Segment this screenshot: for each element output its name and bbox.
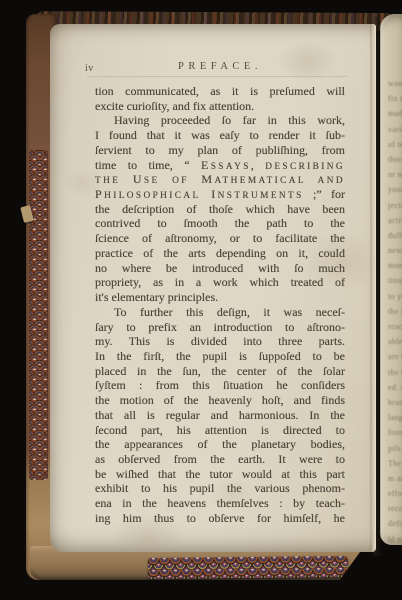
text-run: AND [318,176,345,186]
showthrough-line: to yo [388,289,402,304]
text-line: Having proceeded ſo far in this work, [95,113,345,128]
text-line: time to time, “ ESSAYS, DESCRIBING [95,158,345,173]
showthrough-line: dullne [388,228,402,243]
marbled-fore-edge [29,150,48,480]
showthrough-line: would [388,76,402,91]
text-line: the deſcription of thoſe which have been [95,202,345,217]
text-line: no where be introduced with ſo much [95,261,345,276]
showthrough-line: langu [388,410,402,425]
book-photograph: wouldfix themadevariouof teltherefor noy… [0,0,402,600]
showthrough-line: theref [388,152,402,167]
text-line: contrived to ſmooth the path to the [95,216,345,231]
text-line: that all is regular and harmonious. In t… [95,408,345,423]
text-line: my. This is divided into three parts. [95,334,345,349]
body-text: tion communicated, as it is preſumed wil… [95,84,345,526]
facing-page-showthrough-text: wouldfix themadevariouof teltherefor noy… [388,76,402,547]
showthrough-line: made [388,106,402,121]
text-line: propriety, as in a work which treated of [95,275,345,290]
showthrough-line: The [388,456,402,471]
showthrough-line: fix the [388,91,402,106]
text-run: OF [172,176,201,186]
text-run: SE [144,176,172,186]
text-run: DESCRIBING [265,162,345,172]
text-line: To further this deſign, it was neceſ- [95,305,345,320]
showthrough-line: the fo [388,365,402,380]
showthrough-line: pils h [388,441,402,456]
text-line: ſervient to my plan of publiſhing, from [95,143,345,158]
marbled-bottom-edge [148,556,348,579]
running-title: PREFACE. [95,61,345,72]
showthrough-line: young [388,182,402,197]
text-line: In the firſt, the pupil is ſuppoſed to b… [95,349,345,364]
text-run: ATHEMATICAL [214,176,317,186]
showthrough-line: are fo [388,349,402,364]
text-run: time to time, “ [95,158,201,172]
showthrough-line: effor [388,486,402,501]
text-line: as obſerved from the earth. It were to [95,452,345,467]
showthrough-line: or no [388,167,402,182]
showthrough-line: defini [388,516,402,531]
preface-page: iv PREFACE. tion communicated, as it is … [50,24,376,552]
text-line: ſary to prefix an introduction to aſtron… [95,320,345,335]
text-run: E [201,158,211,172]
text-run: M [201,172,214,186]
text-line: ſcience of aſtronomy, or to facilitate t… [95,231,345,246]
showthrough-line: ed. A [388,380,402,395]
text-line: tion communicated, as it is preſumed wil… [95,84,345,99]
showthrough-line: m an [388,471,402,486]
text-run: ;” for [304,187,345,201]
text-line: PHILOSOPHICAL INSTRUMENTS ;” for [95,187,345,202]
showthrough-line: jects o [388,198,402,213]
text-line: I found that it was eaſy to render it ſu… [95,128,345,143]
text-line: ſecond part, his attention is directed t… [95,423,345,438]
text-run: P [95,187,104,201]
showthrough-line: variou [388,122,402,137]
folio-number: iv [85,63,94,74]
showthrough-line: branc [388,395,402,410]
showthrough-line: from [388,425,402,440]
text-run: NSTRUMENTS [218,191,304,201]
text-line: the motion of the heavenly hoſt, and fin… [95,393,345,408]
showthrough-line: ld m [388,532,402,547]
text-run: SSAYS [211,162,251,172]
text-line: it's elementary principles. [95,290,345,305]
text-run: HILOSOPHICAL [104,191,211,201]
showthrough-line: tinua [388,273,402,288]
text-run: THE [95,176,133,186]
text-line: placed in the ſun, the center of the ſol… [95,364,345,379]
showthrough-line: activi [388,213,402,228]
text-line: THE USE OF MATHEMATICAL AND [95,172,345,187]
facing-page: wouldfix themadevariouof teltherefor noy… [380,14,402,545]
text-line: ena in the heavens themſelves : by teach… [95,496,345,511]
text-line: ſyſtem : from this ſituation he conſider… [95,378,345,393]
text-line: the appearances of the planetary bodies, [95,437,345,452]
text-line: be wiſhed that the tutor would at this p… [95,467,345,482]
showthrough-line: able [388,334,402,349]
showthrough-line: recom [388,501,402,516]
showthrough-line: mon [388,258,402,273]
showthrough-line: reach [388,319,402,334]
text-line: exhibit to his pupil the various phenom- [95,481,345,496]
text-line: ing him thus to obſerve for himſelf, he [95,511,345,526]
showthrough-line: the F [388,304,402,319]
page-header: iv PREFACE. [95,61,345,77]
showthrough-line: new t [388,243,402,258]
text-run: , [251,158,265,172]
text-run: U [133,172,144,186]
text-line: practice of the arts depending on it, co… [95,246,345,261]
showthrough-line: of tel [388,137,402,152]
text-line: excite curioſity, and fix attention. [95,99,345,114]
